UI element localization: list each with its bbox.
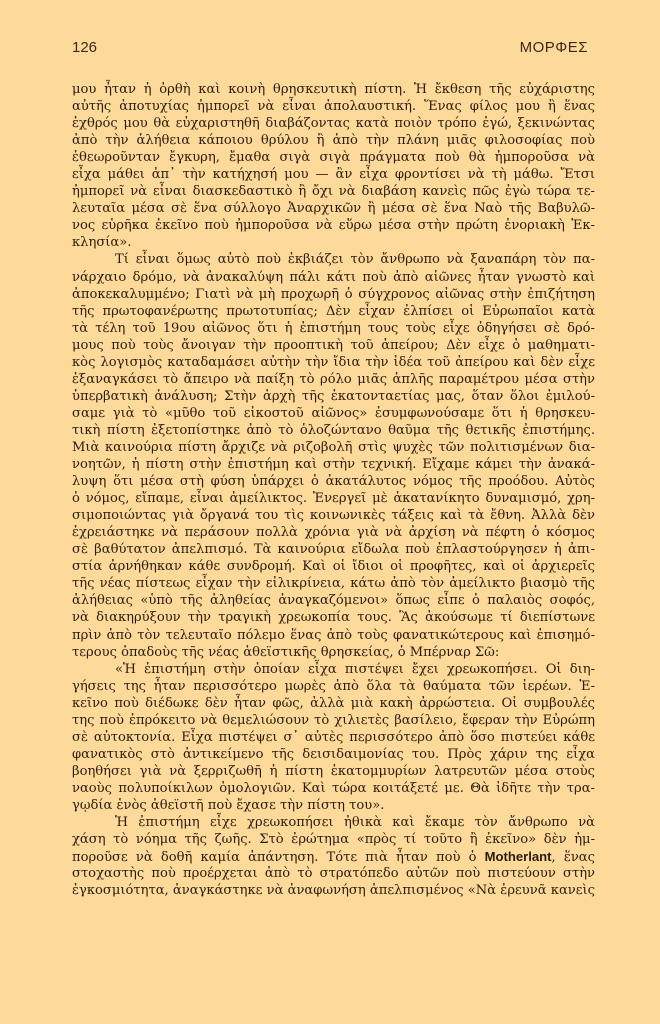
line-text: ναοὺς πολυποίκιλων ὁμολογιῶν. Καὶ τώρα κ… — [72, 781, 595, 796]
text-line: Ἡ ἐπιστήμη εἶχε χρεωκοπήσει ἠθικὰ καὶ ἔκ… — [72, 814, 595, 831]
line-text: ἐθεωροῦνταν ἔγκυρη, ἔμαθα σιγὰ σιγὰ πράγ… — [72, 150, 595, 165]
text-line: σὲ βαθύτατον ἀπελπισμό. Τὰ καινούρια εἴδ… — [72, 541, 595, 558]
line-text: σὲ βαθύτατον ἀπελπισμό. Τὰ καινούρια εἴδ… — [72, 542, 595, 557]
line-text: ὑπερβατικὴ ἀνάλυση; Στὴν ἀρχὴ τῆς ἑκατον… — [72, 389, 595, 404]
text-line: ποροῦσε νὰ δοθῆ καμία ἀπάντηση. Τότε πιὰ… — [72, 848, 595, 865]
text-line: τικὴ πίστη ἐξετοπίστηκε ἀπὸ τὸ ὁλοζώνταν… — [72, 422, 595, 439]
text-line: Τί εἶναι ὅμως αὐτὸ ποὺ ἐκβιάζει τὸν ἄνθρ… — [72, 251, 595, 268]
text-line: ἀλήθειας «ὑπὸ τῆς ἀληθείας ἀναγκαζόμενοι… — [72, 592, 595, 609]
line-text: γῳδία ἑνὸς ἀθεϊστῆ ποὺ ἔχασε τὴν πίστη τ… — [72, 798, 384, 813]
text-line: νοητῶν, ἡ πίστη στὴν ἐπιστήμη καὶ στὴν τ… — [72, 456, 595, 473]
text-line: κὸς λογισμὸς καταδαμάσει αὐτὴν τὴν ἴδια … — [72, 354, 595, 371]
running-title: ΜΟΡΦΕΣ — [520, 39, 588, 56]
text-line: λευταῖα μέσα σὲ ἕνα σύλλογο Ἀναρχικῶν ἢ … — [72, 200, 595, 217]
text-line: στοχαστὴς ποὺ προέρχεται ἀπὸ τὸ στρατόπε… — [72, 865, 595, 882]
text-line: γήσεις της ἦταν περισσότερο μωρὲς ἀπὸ ὅλ… — [72, 678, 595, 695]
line-text: ἠμπορεῖ νὰ εἶναι διασκεδαστικὸ ἢ ὄχι νὰ … — [72, 184, 595, 199]
text-line: σὲ αὐτοκτονία. Εἶχα πιστέψει σ᾽ αὐτὲς πε… — [72, 729, 595, 746]
line-text: μους ποὺ τοὺς ἄνοιγαν τὴν προοπτικὴ τοῦ … — [72, 338, 595, 353]
line-text: ἀπὸ τὴν ἀλήθεια κάποιου θρύλου ἢ ἀπὸ τὴν… — [72, 133, 595, 148]
text-line: νάρχαιο δρόμο, νὰ ἀνακαλύψη πάλι κάτι πο… — [72, 269, 595, 286]
text-line: πρὶν ἀπὸ τὸν τελευταῖο πόλεμο ἕνας ἀπὸ τ… — [72, 627, 595, 644]
line-text: πρὶν ἀπὸ τὸν τελευταῖο πόλεμο ἕνας ἀπὸ τ… — [72, 628, 595, 643]
text-line: ἠμπορεῖ νὰ εἶναι διασκεδαστικὸ ἢ ὄχι νὰ … — [72, 183, 595, 200]
bold-name: Motherlant — [485, 849, 552, 864]
text-line: ὁ νόμος, εἴπαμε, εἶναι ἀμείλικτος. Ἐνεργ… — [72, 490, 595, 507]
text-line: χάση τὸ νόημα τῆς ζωῆς. Στὸ ἐρώτημα «πρὸ… — [72, 831, 595, 848]
line-text: κὸς λογισμὸς καταδαμάσει αὐτὴν τὴν ἴδια … — [72, 355, 595, 370]
line-text: εἶχα μάθει ἀπ᾽ τὴν κατήχησή μου — ἂν εἶχ… — [72, 167, 595, 182]
text-line: τῆς νέας πίστεως εἶχαν τὴν εἰλικρίνεια, … — [72, 575, 595, 592]
line-text: τικὴ πίστη ἐξετοπίστηκε ἀπὸ τὸ ὁλοζώνταν… — [72, 423, 595, 438]
text-line: στία ἀρνήθηκαν κάθε συνδρομή. Καὶ οἱ ἴδι… — [72, 558, 595, 575]
line-text: τῆς νέας πίστεως εἶχαν τὴν εἰλικρίνεια, … — [72, 576, 595, 591]
text-line: τῆς πρωτοφανέρωτης πρωτοτυπίας; Δὲν εἶχα… — [72, 303, 595, 320]
line-text: χάση τὸ νόημα τῆς ζωῆς. Στὸ ἐρώτημα «πρὸ… — [72, 832, 595, 847]
line-text: Τί εἶναι ὅμως αὐτὸ ποὺ ἐκβιάζει τὸν ἄνθρ… — [115, 252, 595, 267]
text-line: κλησία». — [72, 234, 595, 251]
line-text: τῆς πρωτοφανέρωτης πρωτοτυπίας; Δὲν εἶχα… — [72, 304, 595, 319]
line-text: Μιὰ καινούρια πίστη ἄρχιζε νὰ ριζοβολῆ σ… — [72, 440, 595, 455]
text-line: ἐξαναγκάσει τὸ ἄπειρο νὰ παίξη τὸ ρόλο μ… — [72, 371, 595, 388]
page-header: 126 ΜΟΡΦΕΣ — [72, 39, 588, 59]
line-text: νάρχαιο δρόμο, νὰ ἀνακαλύψη πάλι κάτι πο… — [72, 270, 595, 285]
text-line: της ποὺ ἐπρόκειτο νὰ θεμελιώσουν τὸ χιλι… — [72, 712, 595, 729]
line-text: ἐχθρός μου θὰ εὐχαριστηθῆ διαβάζοντας κα… — [72, 116, 595, 131]
line-text: «Ἡ ἐπιστήμη στὴν ὁποίαν εἶχα πιστέψει ἔχ… — [115, 662, 595, 677]
line-text: μου ἦταν ἡ ὀρθὴ καὶ κοινὴ θρησκευτικὴ πί… — [72, 82, 595, 97]
text-line: βοηθήσει γιὰ νὰ ξερριζωθῆ ἡ πίστη ἑκατομ… — [72, 763, 595, 780]
text-line: «Ἡ ἐπιστήμη στὴν ὁποίαν εἶχα πιστέψει ἔχ… — [72, 661, 595, 678]
text-line: ναοὺς πολυποίκιλων ὁμολογιῶν. Καὶ τώρα κ… — [72, 780, 595, 797]
line-text: τερους ὀπαδοὺς τῆς νέας ἀθεϊστικῆς θρησκ… — [72, 645, 499, 660]
line-text: λευταῖα μέσα σὲ ἕνα σύλλογο Ἀναρχικῶν ἢ … — [72, 201, 595, 216]
text-line: ὑπερβατικὴ ἀνάλυση; Στὴν ἀρχὴ τῆς ἑκατον… — [72, 388, 595, 405]
line-text: σαμε γιὰ τὸ «μῦθο τοῦ εἰκοστοῦ αἰῶνος» ἐ… — [72, 406, 595, 421]
text-line: ἀποκεκαλυμμένο; Γιατὶ νὰ μὴ προχωρῆ ὁ σύ… — [72, 286, 595, 303]
text-line: μου ἦταν ἡ ὀρθὴ καὶ κοινὴ θρησκευτικὴ πί… — [72, 81, 595, 98]
text-line: ἐθεωροῦνταν ἔγκυρη, ἔμαθα σιγὰ σιγὰ πράγ… — [72, 149, 595, 166]
text-line: τερους ὀπαδοὺς τῆς νέας ἀθεϊστικῆς θρησκ… — [72, 644, 595, 661]
text-line: νος εὑρῆκα ἐκεῖνο ποὺ ἠμποροῦσα νὰ εὕρω … — [72, 217, 595, 234]
text-line: νὰ διακηρύξουν τὴν τραγικὴ χρεωκοπία του… — [72, 609, 595, 626]
line-text: αὐτῆς ἀποτυχίας ἠμπορεῖ νὰ εἶναι ἀπολαυσ… — [72, 99, 595, 114]
line-text: σιμοποιώντας γιὰ ὄργανά του τὶς κοινωνικ… — [72, 508, 595, 523]
text-line: τὰ τέλη τοῦ 19ου αἰῶνος ὅτι ἡ ἐπιστήμη τ… — [72, 320, 595, 337]
line-text: ἀποκεκαλυμμένο; Γιατὶ νὰ μὴ προχωρῆ ὁ σύ… — [72, 287, 595, 302]
line-text: ἐχρειάστηκε νὰ περάσουν πολλὰ χρόνια γιὰ… — [72, 525, 595, 540]
text-line: σαμε γιὰ τὸ «μῦθο τοῦ εἰκοστοῦ αἰῶνος» ἐ… — [72, 405, 595, 422]
line-text: γήσεις της ἦταν περισσότερο μωρὲς ἀπὸ ὅλ… — [72, 679, 595, 694]
line-text: νοητῶν, ἡ πίστη στὴν ἐπιστήμη καὶ στὴν τ… — [72, 457, 595, 472]
line-text: στοχαστὴς ποὺ προέρχεται ἀπὸ τὸ στρατόπε… — [72, 866, 595, 881]
line-text: κεῖνο ποὺ διέδωκε δὲν ἦταν φῶς, ἀλλὰ μιὰ… — [72, 696, 595, 711]
text-line: ἀπὸ τὴν ἀλήθεια κάποιου θρύλου ἢ ἀπὸ τὴν… — [72, 132, 595, 149]
line-text-after: , ἕνας — [552, 850, 595, 865]
line-text: ἐγκοσμιότητα, ἀναγκάστηκε νὰ ἀναφωνήση ἀ… — [72, 883, 595, 898]
body-text: μου ἦταν ἡ ὀρθὴ καὶ κοινὴ θρησκευτικὴ πί… — [72, 81, 595, 899]
text-line: γῳδία ἑνὸς ἀθεϊστῆ ποὺ ἔχασε τὴν πίστη τ… — [72, 797, 595, 814]
line-text: τὰ τέλη τοῦ 19ου αἰῶνος ὅτι ἡ ἐπιστήμη τ… — [72, 321, 595, 336]
page-number: 126 — [72, 39, 97, 56]
line-text: νος εὑρῆκα ἐκεῖνο ποὺ ἠμποροῦσα νὰ εὕρω … — [72, 218, 595, 233]
line-text: κλησία». — [72, 235, 131, 250]
text-line: ἐχρειάστηκε νὰ περάσουν πολλὰ χρόνια γιὰ… — [72, 524, 595, 541]
text-line: ἐχθρός μου θὰ εὐχαριστηθῆ διαβάζοντας κα… — [72, 115, 595, 132]
line-text: ὁ νόμος, εἴπαμε, εἶναι ἀμείλικτος. Ἐνεργ… — [72, 491, 595, 506]
line-text: νὰ διακηρύξουν τὴν τραγικὴ χρεωκοπία του… — [72, 610, 595, 625]
line-text: ἀλήθειας «ὑπὸ τῆς ἀληθείας ἀναγκαζόμενοι… — [72, 593, 595, 608]
text-line: λυψη ὅτι μέσα στὴ φύση ὑπάρχει ὁ ἀκατάλυ… — [72, 473, 595, 490]
text-line: σιμοποιώντας γιὰ ὄργανά του τὶς κοινωνικ… — [72, 507, 595, 524]
line-text: στία ἀρνήθηκαν κάθε συνδρομή. Καὶ οἱ ἴδι… — [72, 559, 595, 574]
line-text: της ποὺ ἐπρόκειτο νὰ θεμελιώσουν τὸ χιλι… — [72, 713, 595, 728]
text-line: μους ποὺ τοὺς ἄνοιγαν τὴν προοπτικὴ τοῦ … — [72, 337, 595, 354]
line-text: βοηθήσει γιὰ νὰ ξερριζωθῆ ἡ πίστη ἑκατομ… — [72, 764, 595, 779]
line-text: Ἡ ἐπιστήμη εἶχε χρεωκοπήσει ἠθικὰ καὶ ἔκ… — [115, 815, 595, 830]
line-text: φανατικὸς στὸ ἀντικείμενο τῆς δεισιδαιμο… — [72, 747, 595, 762]
text-line: Μιὰ καινούρια πίστη ἄρχιζε νὰ ριζοβολῆ σ… — [72, 439, 595, 456]
text-line: ἐγκοσμιότητα, ἀναγκάστηκε νὰ ἀναφωνήση ἀ… — [72, 882, 595, 899]
line-text: λυψη ὅτι μέσα στὴ φύση ὑπάρχει ὁ ἀκατάλυ… — [72, 474, 595, 489]
line-text: σὲ αὐτοκτονία. Εἶχα πιστέψει σ᾽ αὐτὲς πε… — [72, 730, 595, 745]
text-line: αὐτῆς ἀποτυχίας ἠμπορεῖ νὰ εἶναι ἀπολαυσ… — [72, 98, 595, 115]
text-line: εἶχα μάθει ἀπ᾽ τὴν κατήχησή μου — ἂν εἶχ… — [72, 166, 595, 183]
text-line: κεῖνο ποὺ διέδωκε δὲν ἦταν φῶς, ἀλλὰ μιὰ… — [72, 695, 595, 712]
text-line: φανατικὸς στὸ ἀντικείμενο τῆς δεισιδαιμο… — [72, 746, 595, 763]
line-text: ποροῦσε νὰ δοθῆ καμία ἀπάντηση. Τότε πιὰ… — [72, 850, 485, 865]
line-text: ἐξαναγκάσει τὸ ἄπειρο νὰ παίξη τὸ ρόλο μ… — [72, 372, 595, 387]
